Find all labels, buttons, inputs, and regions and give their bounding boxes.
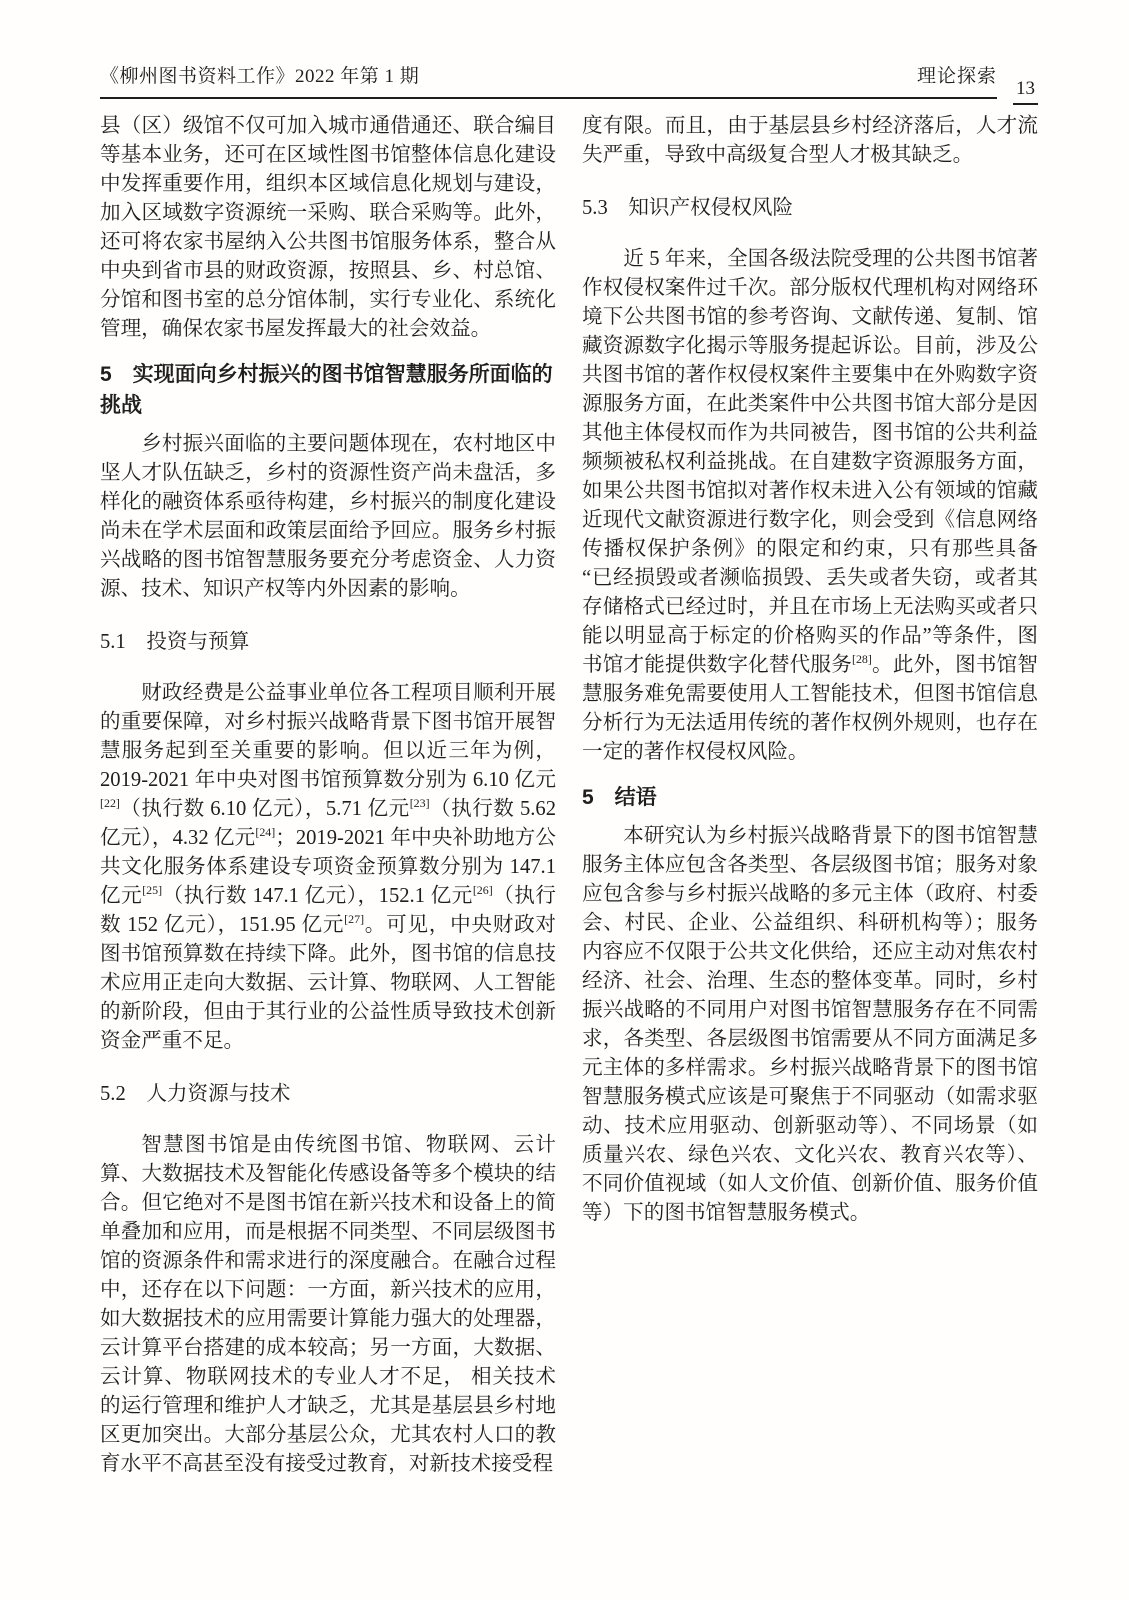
continuation-paragraph: 度有限。而且，由于基层县乡村经济落后，人才流失严重，导致中高级复合型人才极其缺乏… [582, 112, 1038, 170]
section-5-2-paragraph: 智慧图书馆是由传统图书馆、物联网、云计算、大数据技术及智能化传感设备等多个模块的… [100, 1131, 556, 1479]
header-rule: 《柳州图书资料工作》2022 年第 1 期 理论探索 [100, 66, 997, 99]
section-5-paragraph: 乡村振兴面临的主要问题体现在，农村地区中坚人才队伍缺乏，乡村的资源性资产尚未盘活… [100, 430, 556, 604]
conclusion-paragraph: 本研究认为乡村振兴战略背景下的图书馆智慧服务主体应包含各类型、各层级图书馆；服务… [582, 822, 1038, 1228]
journal-page: 《柳州图书资料工作》2022 年第 1 期 理论探索 13 县（区）级馆不仅可加… [0, 0, 1129, 1600]
article-body: 县（区）级馆不仅可加入城市通借通还、联合编目等基本业务，还可在区域性图书馆整体信… [100, 112, 1038, 1479]
page-number: 13 [1013, 78, 1038, 105]
journal-title: 《柳州图书资料工作》2022 年第 1 期 [100, 66, 419, 89]
section-5-heading: 5 实现面向乡村振兴的图书馆智慧服务所面临的挑战 [100, 359, 556, 421]
section-5-1-paragraph: 财政经费是公益事业单位各工程项目顺利开展的重要保障，对乡村振兴战略背景下图书馆开… [100, 679, 556, 1056]
section-5-3-heading: 5.3 知识产权侵权风险 [582, 194, 1038, 223]
running-header: 《柳州图书资料工作》2022 年第 1 期 理论探索 13 [100, 66, 1038, 99]
page-content: 《柳州图书资料工作》2022 年第 1 期 理论探索 13 县（区）级馆不仅可加… [100, 66, 1038, 1479]
conclusion-heading: 5 结语 [582, 782, 1038, 813]
section-5-1-heading: 5.1 投资与预算 [100, 628, 556, 657]
section-label: 理论探索 [917, 66, 997, 89]
left-column: 县（区）级馆不仅可加入城市通借通还、联合编目等基本业务，还可在区域性图书馆整体信… [100, 112, 556, 1479]
section-5-3-paragraph: 近 5 年来，全国各级法院受理的公共图书馆著作权侵权案件过千次。部分版权代理机构… [582, 245, 1038, 767]
right-column: 度有限。而且，由于基层县乡村经济落后，人才流失严重，导致中高级复合型人才极其缺乏… [582, 112, 1038, 1479]
continuation-paragraph: 县（区）级馆不仅可加入城市通借通还、联合编目等基本业务，还可在区域性图书馆整体信… [100, 112, 556, 344]
section-5-2-heading: 5.2 人力资源与技术 [100, 1080, 556, 1109]
